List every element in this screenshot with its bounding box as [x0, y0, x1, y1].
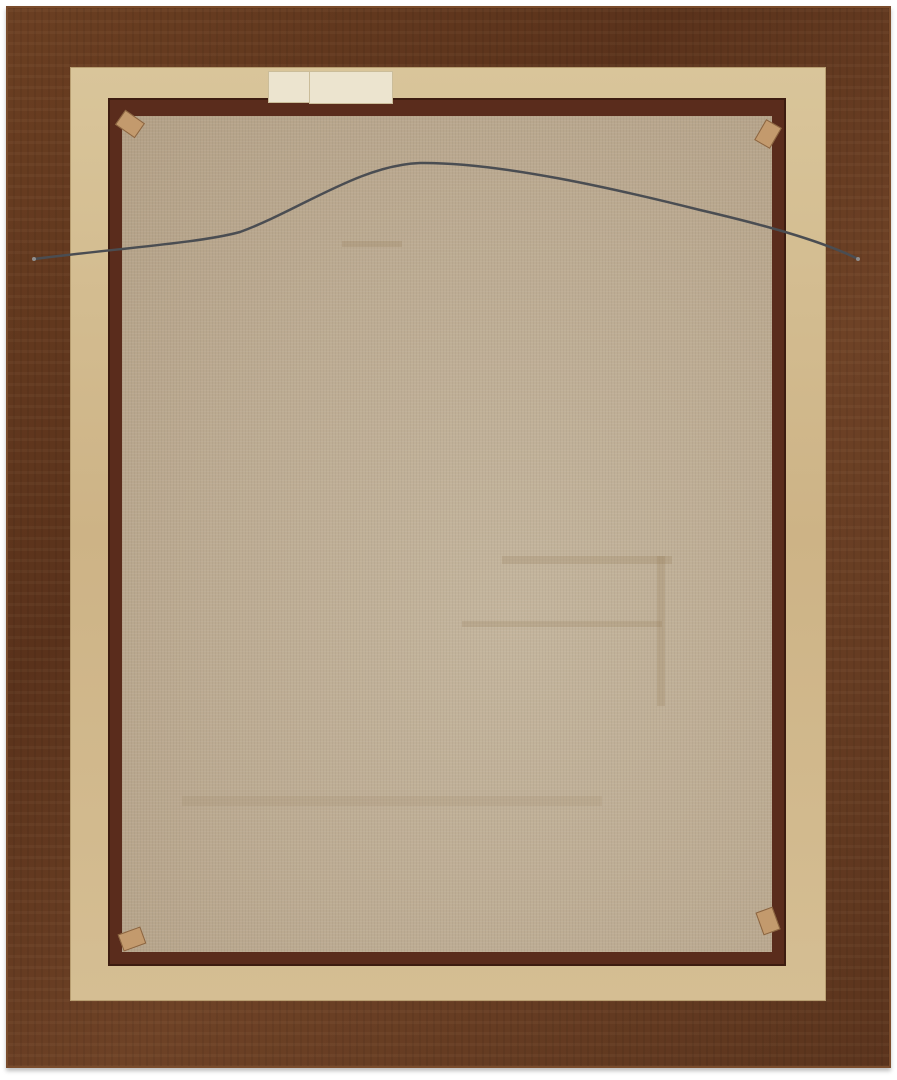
- wire-screw-right: [856, 257, 860, 261]
- wire-screw-left: [32, 257, 36, 261]
- hanging-wire: [0, 0, 897, 1080]
